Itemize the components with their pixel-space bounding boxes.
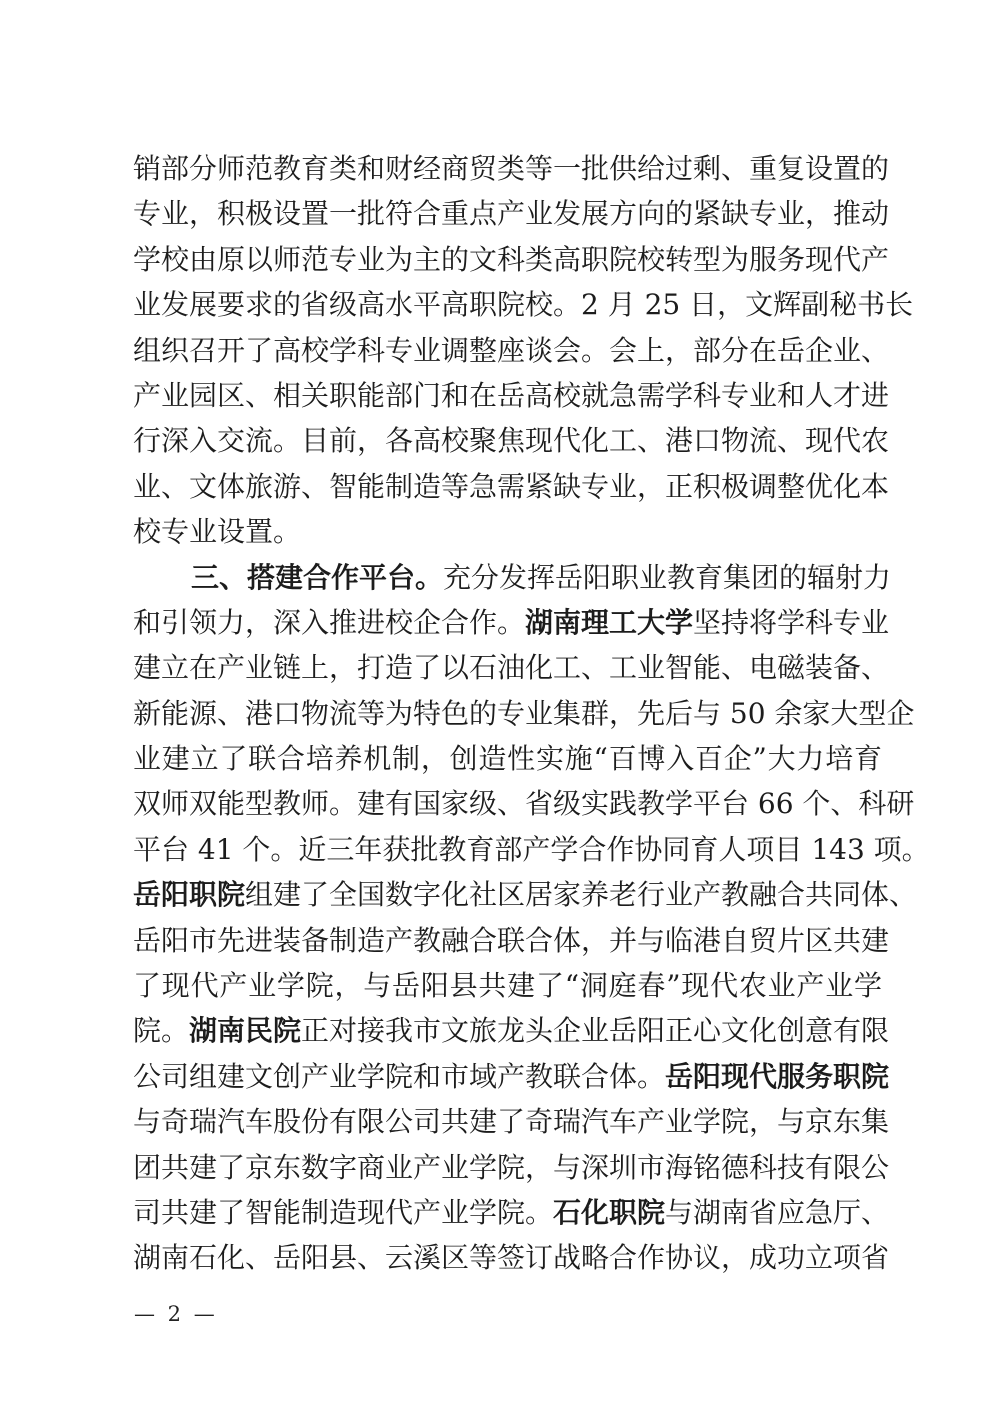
document-page: 销部分师范教育类和财经商贸类等一批供给过剩、重复设置的专业，积极设置一批符合重点… [0,0,1000,1414]
bold-org-name: 三、搭建合作平台。 [191,561,443,594]
body-text: 校专业设置。 [133,515,301,548]
text-line: 销部分师范教育类和财经商贸类等一批供给过剩、重复设置的 [133,146,882,191]
text-line: 了现代产业学院，与岳阳县共建了“洞庭春”现代农业产业学 [133,963,882,1008]
text-line: 校专业设置。 [133,509,882,554]
text-line: 岳阳职院组建了全国数字化社区居家养老行业产教融合共同体、 [133,872,882,917]
body-text: 与奇瑞汽车股份有限公司共建了奇瑞汽车产业学院，与京东集 [133,1105,889,1138]
text-line: 团共建了京东数字商业产业学院，与深圳市海铭德科技有限公 [133,1145,882,1190]
body-text: 学校由原以师范专业为主的文科类高职院校转型为服务现代产 [133,243,889,276]
text-line: 湖南石化、岳阳县、云溪区等签订战略合作协议，成功立项省 [133,1235,882,1280]
document-body: 销部分师范教育类和财经商贸类等一批供给过剩、重复设置的专业，积极设置一批符合重点… [133,146,882,1281]
body-text: 业、文体旅游、智能制造等急需紧缺专业，正积极调整优化本 [133,470,889,503]
text-line: 专业，积极设置一批符合重点产业发展方向的紧缺专业，推动 [133,191,882,236]
bold-org-name: 湖南理工大学 [525,606,693,639]
text-line: 组织召开了高校学科专业调整座谈会。会上，部分在岳企业、 [133,328,882,373]
body-text: 双师双能型教师。建有国家级、省级实践教学平台 66 个、科研 [133,787,914,820]
text-line: 业、文体旅游、智能制造等急需紧缺专业，正积极调整优化本 [133,464,882,509]
body-text: 岳阳市先进装备制造产教融合联合体，并与临港自贸片区共建 [133,924,889,957]
body-text: 坚持将学科专业 [693,606,889,639]
body-text: 正对接我市文旅龙头企业岳阳正心文化创意有限 [301,1014,889,1047]
text-line: 与奇瑞汽车股份有限公司共建了奇瑞汽车产业学院，与京东集 [133,1099,882,1144]
bold-org-name: 岳阳职院 [133,878,245,911]
text-line: 岳阳市先进装备制造产教融合联合体，并与临港自贸片区共建 [133,918,882,963]
body-text: 公司组建文创产业学院和市域产教联合体。 [133,1060,665,1093]
text-line: 业建立了联合培养机制，创造性实施“百博入百企”大力培育 [133,736,882,781]
bold-org-name: 石化职院 [553,1196,665,1229]
body-text: 了现代产业学院，与岳阳县共建了“洞庭春”现代农业产业学 [133,969,882,1002]
body-text: 团共建了京东数字商业产业学院，与深圳市海铭德科技有限公 [133,1151,889,1184]
text-line: 建立在产业链上，打造了以石油化工、工业智能、电磁装备、 [133,645,882,690]
body-text: 充分发挥岳阳职业教育集团的辐射力 [443,561,891,594]
text-line: 院。湖南民院正对接我市文旅龙头企业岳阳正心文化创意有限 [133,1008,882,1053]
body-text: 湖南石化、岳阳县、云溪区等签订战略合作协议，成功立项省 [133,1241,889,1274]
bold-org-name: 湖南民院 [189,1014,301,1047]
body-text: 专业，积极设置一批符合重点产业发展方向的紧缺专业，推动 [133,197,889,230]
body-text: 组织召开了高校学科专业调整座谈会。会上，部分在岳企业、 [133,334,889,367]
body-text: 与湖南省应急厅、 [665,1196,889,1229]
body-text: 行深入交流。目前，各高校聚焦现代化工、港口物流、现代农 [133,424,889,457]
text-line: 司共建了智能制造现代产业学院。石化职院与湖南省应急厅、 [133,1190,882,1235]
text-line: 业发展要求的省级高水平高职院校。2 月 25 日，文辉副秘书长 [133,282,882,327]
body-text: 产业园区、相关职能部门和在岳高校就急需学科专业和人才进 [133,379,889,412]
text-line: 平台 41 个。近三年获批教育部产学合作协同育人项目 143 项。 [133,827,882,872]
text-line: 学校由原以师范专业为主的文科类高职院校转型为服务现代产 [133,237,882,282]
body-text: 和引领力，深入推进校企合作。 [133,606,525,639]
text-line: 产业园区、相关职能部门和在岳高校就急需学科专业和人才进 [133,373,882,418]
text-line: 公司组建文创产业学院和市域产教联合体。岳阳现代服务职院 [133,1054,882,1099]
body-text: 组建了全国数字化社区居家养老行业产教融合共同体、 [245,878,917,911]
body-text: 院。 [133,1014,189,1047]
text-line: 双师双能型教师。建有国家级、省级实践教学平台 66 个、科研 [133,781,882,826]
text-line: 和引领力，深入推进校企合作。湖南理工大学坚持将学科专业 [133,600,882,645]
body-text: 销部分师范教育类和财经商贸类等一批供给过剩、重复设置的 [133,152,889,185]
text-line: 新能源、港口物流等为特色的专业集群，先后与 50 余家大型企 [133,691,882,736]
body-text: 业建立了联合培养机制，创造性实施“百博入百企”大力培育 [133,742,882,775]
body-text: 平台 41 个。近三年获批教育部产学合作协同育人项目 143 项。 [133,833,930,866]
body-text: 司共建了智能制造现代产业学院。 [133,1196,553,1229]
page-number: — 2 — [134,1302,218,1326]
body-text: 新能源、港口物流等为特色的专业集群，先后与 50 余家大型企 [133,697,914,730]
body-text: 业发展要求的省级高水平高职院校。2 月 25 日，文辉副秘书长 [133,288,913,321]
bold-org-name: 岳阳现代服务职院 [665,1060,889,1093]
text-line: 行深入交流。目前，各高校聚焦现代化工、港口物流、现代农 [133,418,882,463]
text-line: 三、搭建合作平台。充分发挥岳阳职业教育集团的辐射力 [133,555,882,600]
body-text: 建立在产业链上，打造了以石油化工、工业智能、电磁装备、 [133,651,889,684]
